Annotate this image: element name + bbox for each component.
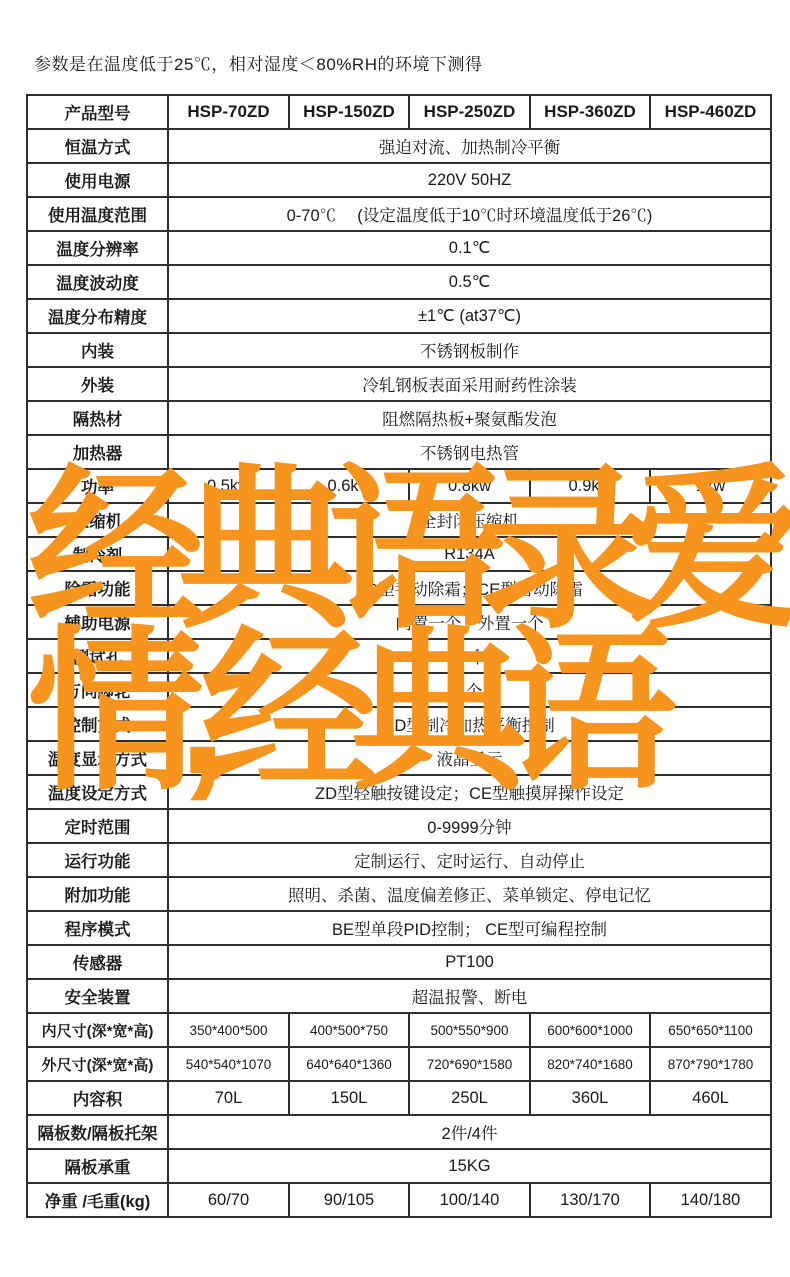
row-label: 制冷剂 xyxy=(27,537,168,571)
spec-table: 产品型号HSP-70ZDHSP-150ZDHSP-250ZDHSP-360ZDH… xyxy=(26,94,772,1218)
cell-value: 阻燃隔热板+聚氨酯发泡 xyxy=(168,401,771,435)
row-label: 附加功能 xyxy=(27,877,168,911)
table-row: 温度显示方式液晶显示 xyxy=(27,741,771,775)
table-row: 附加功能照明、杀菌、温度偏差修正、菜单锁定、停电记忆 xyxy=(27,877,771,911)
table-row: 温度分辨率0.1℃ xyxy=(27,231,771,265)
row-label: 内容积 xyxy=(27,1081,168,1115)
table-row: 万向脚轮4个 xyxy=(27,673,771,707)
row-label: 使用电源 xyxy=(27,163,168,197)
cell-value: 820*740*1680 xyxy=(530,1047,650,1081)
row-label: 外尺寸(深*宽*高) xyxy=(27,1047,168,1081)
cell-value: 一个 xyxy=(168,639,771,673)
table-row: 净重 /毛重(kg)60/7090/105100/140130/170140/1… xyxy=(27,1183,771,1217)
cell-value: ZD型制冷加热平衡控制 xyxy=(168,707,771,741)
row-label: 传感器 xyxy=(27,945,168,979)
cell-value: 液晶显示 xyxy=(168,741,771,775)
row-label: 辅助电源 xyxy=(27,605,168,639)
cell-value: HSP-70ZD xyxy=(168,95,289,129)
cell-value: 70L xyxy=(168,1081,289,1115)
cell-value: 720*690*1580 xyxy=(409,1047,530,1081)
table-row: 温度设定方式ZD型轻触按键设定；CE型触摸屏操作设定 xyxy=(27,775,771,809)
spec-table-body: 产品型号HSP-70ZDHSP-150ZDHSP-250ZDHSP-360ZDH… xyxy=(27,95,771,1217)
cell-value: 定制运行、定时运行、自动停止 xyxy=(168,843,771,877)
cell-value: 1kw xyxy=(650,469,771,503)
row-label: 安全装置 xyxy=(27,979,168,1013)
cell-value: 4个 xyxy=(168,673,771,707)
table-row: 内尺寸(深*宽*高)350*400*500400*500*750500*550*… xyxy=(27,1013,771,1047)
table-row: 内容积70L150L250L360L460L xyxy=(27,1081,771,1115)
cell-value: ZD型手动除霜；CE型自动除霜 xyxy=(168,571,771,605)
row-label: 恒温方式 xyxy=(27,129,168,163)
row-label: 功率 xyxy=(27,469,168,503)
row-label: 净重 /毛重(kg) xyxy=(27,1183,168,1217)
cell-value: 350*400*500 xyxy=(168,1013,289,1047)
table-row: 除霜功能ZD型手动除霜；CE型自动除霜 xyxy=(27,571,771,605)
row-label: 万向脚轮 xyxy=(27,673,168,707)
table-row: 恒温方式强迫对流、加热制冷平衡 xyxy=(27,129,771,163)
row-label: 外装 xyxy=(27,367,168,401)
table-row: 外尺寸(深*宽*高)540*540*1070640*640*1360720*69… xyxy=(27,1047,771,1081)
measurement-conditions-note: 参数是在温度低于25℃，相对湿度＜80%RH的环境下测得 xyxy=(34,50,483,75)
cell-value: 60/70 xyxy=(168,1183,289,1217)
row-label: 温度分辨率 xyxy=(27,231,168,265)
cell-value: 0.5℃ xyxy=(168,265,771,299)
cell-value: HSP-360ZD xyxy=(530,95,650,129)
table-row: 产品型号HSP-70ZDHSP-150ZDHSP-250ZDHSP-360ZDH… xyxy=(27,95,771,129)
cell-value: 360L xyxy=(530,1081,650,1115)
cell-value: HSP-150ZD xyxy=(289,95,409,129)
cell-value: 250L xyxy=(409,1081,530,1115)
table-row: 内装不锈钢板制作 xyxy=(27,333,771,367)
table-row: 使用温度范围0-70℃ (设定温度低于10℃时环境温度低于26℃) xyxy=(27,197,771,231)
row-label: 程序模式 xyxy=(27,911,168,945)
cell-value: 100/140 xyxy=(409,1183,530,1217)
row-label: 温度波动度 xyxy=(27,265,168,299)
cell-value: 0-70℃ (设定温度低于10℃时环境温度低于26℃) xyxy=(168,197,771,231)
cell-value: 130/170 xyxy=(530,1183,650,1217)
table-row: 辅助电源内置一个、外置一个 xyxy=(27,605,771,639)
row-label: 使用温度范围 xyxy=(27,197,168,231)
row-label: 内尺寸(深*宽*高) xyxy=(27,1013,168,1047)
row-label: 运行功能 xyxy=(27,843,168,877)
cell-value: PT100 xyxy=(168,945,771,979)
cell-value: R134A xyxy=(168,537,771,571)
cell-value: BE型单段PID控制； CE型可编程控制 xyxy=(168,911,771,945)
cell-value: 140/180 xyxy=(650,1183,771,1217)
table-row: 加热器不锈钢电热管 xyxy=(27,435,771,469)
cell-value: 0-9999分钟 xyxy=(168,809,771,843)
row-label: 除霜功能 xyxy=(27,571,168,605)
table-row: 测试孔一个 xyxy=(27,639,771,673)
table-row: 功率0.5kw0.6kw0.8kw0.9kw1kw xyxy=(27,469,771,503)
cell-value: ±1℃ (at37℃) xyxy=(168,299,771,333)
cell-value: 150L xyxy=(289,1081,409,1115)
row-label: 隔热材 xyxy=(27,401,168,435)
cell-value: 15KG xyxy=(168,1149,771,1183)
row-label: 温度分布精度 xyxy=(27,299,168,333)
cell-value: 照明、杀菌、温度偏差修正、菜单锁定、停电记忆 xyxy=(168,877,771,911)
row-label: 隔板数/隔板托架 xyxy=(27,1115,168,1149)
table-row: 运行功能定制运行、定时运行、自动停止 xyxy=(27,843,771,877)
cell-value: 0.9kw xyxy=(530,469,650,503)
cell-value: 超温报警、断电 xyxy=(168,979,771,1013)
cell-value: 全封闭压缩机 xyxy=(168,503,771,537)
table-row: 温度波动度0.5℃ xyxy=(27,265,771,299)
cell-value: 0.6kw xyxy=(289,469,409,503)
cell-value: 90/105 xyxy=(289,1183,409,1217)
row-label: 测试孔 xyxy=(27,639,168,673)
row-label: 温度显示方式 xyxy=(27,741,168,775)
table-row: 隔板数/隔板托架2件/4件 xyxy=(27,1115,771,1149)
cell-value: 650*650*1100 xyxy=(650,1013,771,1047)
row-label: 隔板承重 xyxy=(27,1149,168,1183)
table-row: 定时范围0-9999分钟 xyxy=(27,809,771,843)
table-row: 控制方式ZD型制冷加热平衡控制 xyxy=(27,707,771,741)
cell-value: 不锈钢板制作 xyxy=(168,333,771,367)
cell-value: 冷轧钢板表面采用耐药性涂装 xyxy=(168,367,771,401)
cell-value: 不锈钢电热管 xyxy=(168,435,771,469)
cell-value: 2件/4件 xyxy=(168,1115,771,1149)
row-label: 温度设定方式 xyxy=(27,775,168,809)
cell-value: 460L xyxy=(650,1081,771,1115)
row-label: 定时范围 xyxy=(27,809,168,843)
cell-value: 600*600*1000 xyxy=(530,1013,650,1047)
cell-value: HSP-250ZD xyxy=(409,95,530,129)
table-row: 隔板承重15KG xyxy=(27,1149,771,1183)
row-label: 加热器 xyxy=(27,435,168,469)
cell-value: 400*500*750 xyxy=(289,1013,409,1047)
table-row: 安全装置超温报警、断电 xyxy=(27,979,771,1013)
cell-value: HSP-460ZD xyxy=(650,95,771,129)
row-label: 内装 xyxy=(27,333,168,367)
table-row: 隔热材阻燃隔热板+聚氨酯发泡 xyxy=(27,401,771,435)
cell-value: 内置一个、外置一个 xyxy=(168,605,771,639)
table-row: 压缩机全封闭压缩机 xyxy=(27,503,771,537)
table-row: 制冷剂R134A xyxy=(27,537,771,571)
table-row: 使用电源220V 50HZ xyxy=(27,163,771,197)
cell-value: 0.1℃ xyxy=(168,231,771,265)
cell-value: 强迫对流、加热制冷平衡 xyxy=(168,129,771,163)
cell-value: 0.8kw xyxy=(409,469,530,503)
table-row: 传感器PT100 xyxy=(27,945,771,979)
cell-value: 0.5kw xyxy=(168,469,289,503)
table-row: 温度分布精度±1℃ (at37℃) xyxy=(27,299,771,333)
cell-value: 220V 50HZ xyxy=(168,163,771,197)
table-row: 程序模式BE型单段PID控制； CE型可编程控制 xyxy=(27,911,771,945)
table-row: 外装冷轧钢板表面采用耐药性涂装 xyxy=(27,367,771,401)
cell-value: ZD型轻触按键设定；CE型触摸屏操作设定 xyxy=(168,775,771,809)
row-label: 控制方式 xyxy=(27,707,168,741)
cell-value: 640*640*1360 xyxy=(289,1047,409,1081)
cell-value: 540*540*1070 xyxy=(168,1047,289,1081)
cell-value: 870*790*1780 xyxy=(650,1047,771,1081)
cell-value: 500*550*900 xyxy=(409,1013,530,1047)
row-label: 压缩机 xyxy=(27,503,168,537)
row-label: 产品型号 xyxy=(27,95,168,129)
